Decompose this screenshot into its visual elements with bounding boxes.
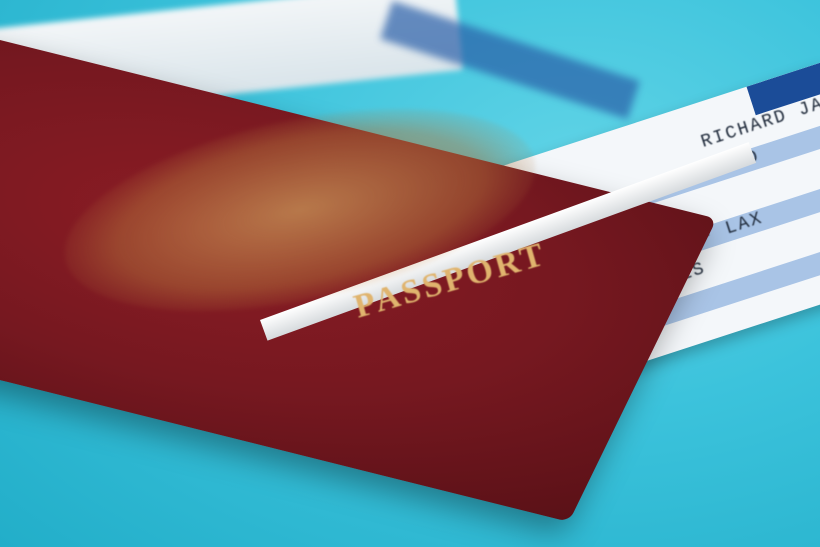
photo-scene: SYDNEY- SYD LOS ANGELES- LAX PACIFIC AIR… (0, 0, 820, 547)
